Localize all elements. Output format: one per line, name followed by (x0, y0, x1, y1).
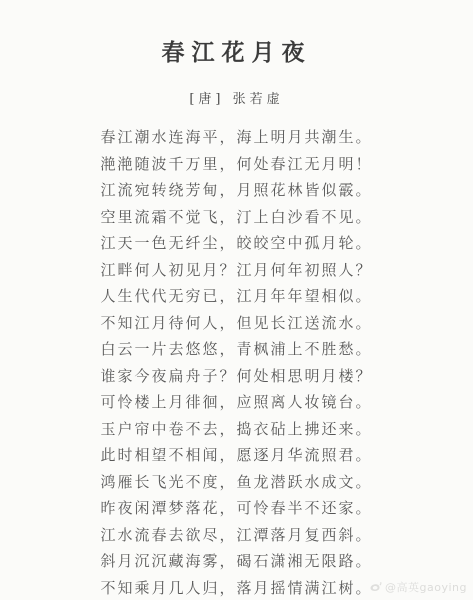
poem-line: 此时相望不相闻，愿逐月华流照君。 (0, 442, 473, 469)
poem-line: 斜月沉沉藏海雾，碣石潇湘无限路。 (0, 548, 473, 575)
poem-line: 春江潮水连海平，海上明月共潮生。 (0, 124, 473, 151)
poem-title: 春江花月夜 (0, 0, 473, 67)
poem-line: 空里流霜不觉飞，汀上白沙看不见。 (0, 204, 473, 231)
poem-author: [唐] 张若虚 (0, 88, 473, 107)
watermark-text: @高英gaoying (385, 579, 467, 595)
poem-line: 玉户帘中卷不去，捣衣砧上拂还来。 (0, 416, 473, 443)
watermark: @高英gaoying (370, 579, 467, 595)
poem-line: 昨夜闲潭梦落花，可怜春半不还家。 (0, 495, 473, 522)
poem-line: 滟滟随波千万里，何处春江无月明！ (0, 151, 473, 178)
poem-line: 江流宛转绕芳甸，月照花林皆似霰。 (0, 177, 473, 204)
poem-line: 可怜楼上月徘徊，应照离人妆镜台。 (0, 389, 473, 416)
poem-line: 江畔何人初见月？江月何年初照人？ (0, 257, 473, 284)
poem-line: 不知江月待何人，但见长江送流水。 (0, 310, 473, 337)
poem-line: 鸿雁长飞光不度，鱼龙潜跃水成文。 (0, 469, 473, 496)
poem-body: 春江潮水连海平，海上明月共潮生。 滟滟随波千万里，何处春江无月明！ 江流宛转绕芳… (0, 124, 473, 600)
poem-line: 白云一片去悠悠，青枫浦上不胜愁。 (0, 336, 473, 363)
poem-line: 人生代代无穷已，江月年年望相似。 (0, 283, 473, 310)
poem-page: 春江花月夜 [唐] 张若虚 春江潮水连海平，海上明月共潮生。 滟滟随波千万里，何… (0, 0, 473, 600)
poem-line: 谁家今夜扁舟子？何处相思明月楼？ (0, 363, 473, 390)
poem-line: 江天一色无纤尘，皎皎空中孤月轮。 (0, 230, 473, 257)
weibo-eye-icon (370, 582, 382, 592)
poem-line: 江水流春去欲尽，江潭落月复西斜。 (0, 522, 473, 549)
